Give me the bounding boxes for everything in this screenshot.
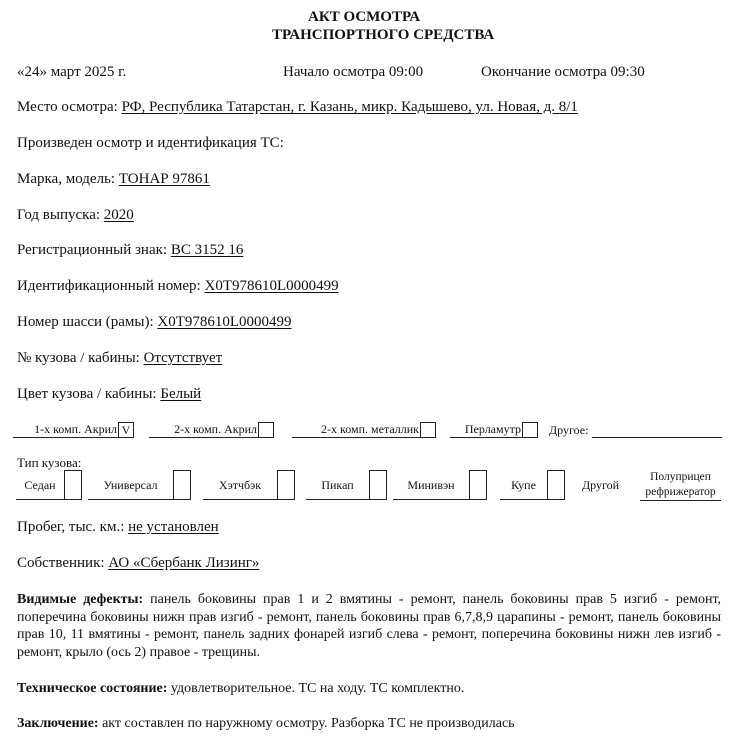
inspection-start-time: Начало осмотра 09:00 — [283, 64, 423, 81]
body-other-value: Полуприцеп рефрижератор — [640, 470, 721, 501]
field-value: Отсутствует — [144, 350, 223, 366]
field-value: X0T978610L0000499 — [157, 314, 291, 330]
field-label: Цвет кузова / кабины: — [17, 386, 157, 402]
mileage-label: Пробег, тыс. км.: — [17, 519, 124, 535]
paint-other-label: Другое: — [549, 423, 588, 438]
body-option-label: Минивэн — [393, 471, 469, 499]
body-option-label: Универсал — [88, 471, 173, 499]
field-value: ТОНАР 97861 — [119, 171, 210, 187]
paint-option-2k-metallic: 2-х комп. металлик — [292, 421, 436, 438]
field-registration-plate: Регистрационный знак: ВС 3152 16 — [17, 242, 243, 259]
paint-option-label: 1-х комп. Акрил — [34, 422, 118, 437]
field-body-number: № кузова / кабины: Отсутствует — [17, 350, 222, 367]
paint-other-input[interactable] — [592, 421, 722, 438]
body-option-minivan: Минивэн — [393, 471, 487, 500]
defects-label: Видимые дефекты: — [17, 592, 143, 607]
field-vin: Идентификационный номер: X0T978610L00004… — [17, 278, 339, 295]
body-checkbox[interactable] — [277, 470, 295, 500]
mileage-value: не установлен — [128, 519, 219, 535]
body-option-wagon: Универсал — [88, 471, 191, 500]
document-title-line1: АКТ ОСМОТРА — [308, 9, 420, 26]
document-title-line2: ТРАНСПОРТНОГО СРЕДСТВА — [272, 27, 494, 44]
body-option-hatchback: Хэтчбэк — [203, 471, 295, 500]
inspection-date: «24» март 2025 г. — [17, 64, 126, 81]
field-label: Марка, модель: — [17, 171, 115, 187]
paint-checkbox[interactable]: V — [118, 422, 134, 438]
owner-value: АО «Сбербанк Лизинг» — [108, 555, 259, 571]
field-label: Регистрационный знак: — [17, 242, 167, 258]
field-value: ВС 3152 16 — [171, 242, 244, 258]
body-option-label: Пикап — [306, 471, 369, 499]
body-other-label: Другой — [582, 478, 619, 493]
field-label: № кузова / кабины: — [17, 350, 140, 366]
field-body-color: Цвет кузова / кабины: Белый — [17, 386, 201, 403]
location-value: РФ, Республика Татарстан, г. Казань, мик… — [122, 99, 578, 115]
paint-checkbox[interactable] — [258, 422, 274, 438]
paint-option-1k-acrylic: 1-х комп. Акрил V — [13, 421, 134, 438]
paint-checkbox[interactable] — [420, 422, 436, 438]
body-option-coupe: Купе — [500, 471, 565, 500]
owner-label: Собственник: — [17, 555, 105, 571]
body-checkbox[interactable] — [173, 470, 191, 500]
paint-option-pearl: Перламутр — [450, 421, 538, 438]
paint-option-label: 2-х комп. Акрил — [174, 422, 258, 437]
field-value: 2020 — [104, 207, 134, 223]
body-checkbox[interactable] — [469, 470, 487, 500]
field-year: Год выпуска: 2020 — [17, 207, 134, 224]
paint-option-label: Перламутр — [465, 422, 522, 437]
conclusion: Заключение: акт составлен по наружному о… — [17, 716, 515, 732]
body-option-sedan: Седан — [16, 471, 82, 500]
paint-option-label: 2-х комп. металлик — [321, 422, 420, 437]
field-label: Идентификационный номер: — [17, 278, 201, 294]
field-label: Номер шасси (рамы): — [17, 314, 154, 330]
field-value: Белый — [160, 386, 201, 402]
inspection-intro: Произведен осмотр и идентификация ТС: — [17, 135, 284, 152]
inspection-end-time: Окончание осмотра 09:30 — [481, 64, 645, 81]
body-type-label: Тип кузова: — [17, 455, 81, 471]
paint-checkbox[interactable] — [522, 422, 538, 438]
conclusion-text: акт составлен по наружному осмотру. Разб… — [102, 716, 514, 731]
visible-defects: Видимые дефекты: панель боковины прав 1 … — [17, 591, 721, 661]
mileage-row: Пробег, тыс. км.: не установлен — [17, 519, 219, 536]
body-other-value-line2: рефрижератор — [640, 485, 721, 501]
field-label: Год выпуска: — [17, 207, 100, 223]
technical-state-label: Техническое состояние: — [17, 681, 167, 696]
body-option-label: Хэтчбэк — [203, 471, 277, 499]
body-checkbox[interactable] — [547, 470, 565, 500]
body-checkbox[interactable] — [369, 470, 387, 500]
field-chassis-number: Номер шасси (рамы): X0T978610L0000499 — [17, 314, 292, 331]
field-make-model: Марка, модель: ТОНАР 97861 — [17, 171, 210, 188]
body-option-label: Седан — [16, 471, 64, 499]
location-label: Место осмотра: — [17, 99, 118, 115]
body-other-value-line1: Полуприцеп — [640, 470, 721, 485]
paint-option-2k-acrylic: 2-х комп. Акрил — [149, 421, 274, 438]
body-checkbox[interactable] — [64, 470, 82, 500]
technical-state-text: удовлетворительное. ТС на ходу. ТС компл… — [171, 681, 464, 696]
technical-state: Техническое состояние: удовлетворительно… — [17, 681, 464, 697]
location-row: Место осмотра: РФ, Республика Татарстан,… — [17, 99, 578, 116]
conclusion-label: Заключение: — [17, 716, 99, 731]
owner-row: Собственник: АО «Сбербанк Лизинг» — [17, 555, 259, 572]
body-option-pickup: Пикап — [306, 471, 387, 500]
body-option-label: Купе — [500, 471, 547, 499]
field-value: X0T978610L0000499 — [204, 278, 338, 294]
